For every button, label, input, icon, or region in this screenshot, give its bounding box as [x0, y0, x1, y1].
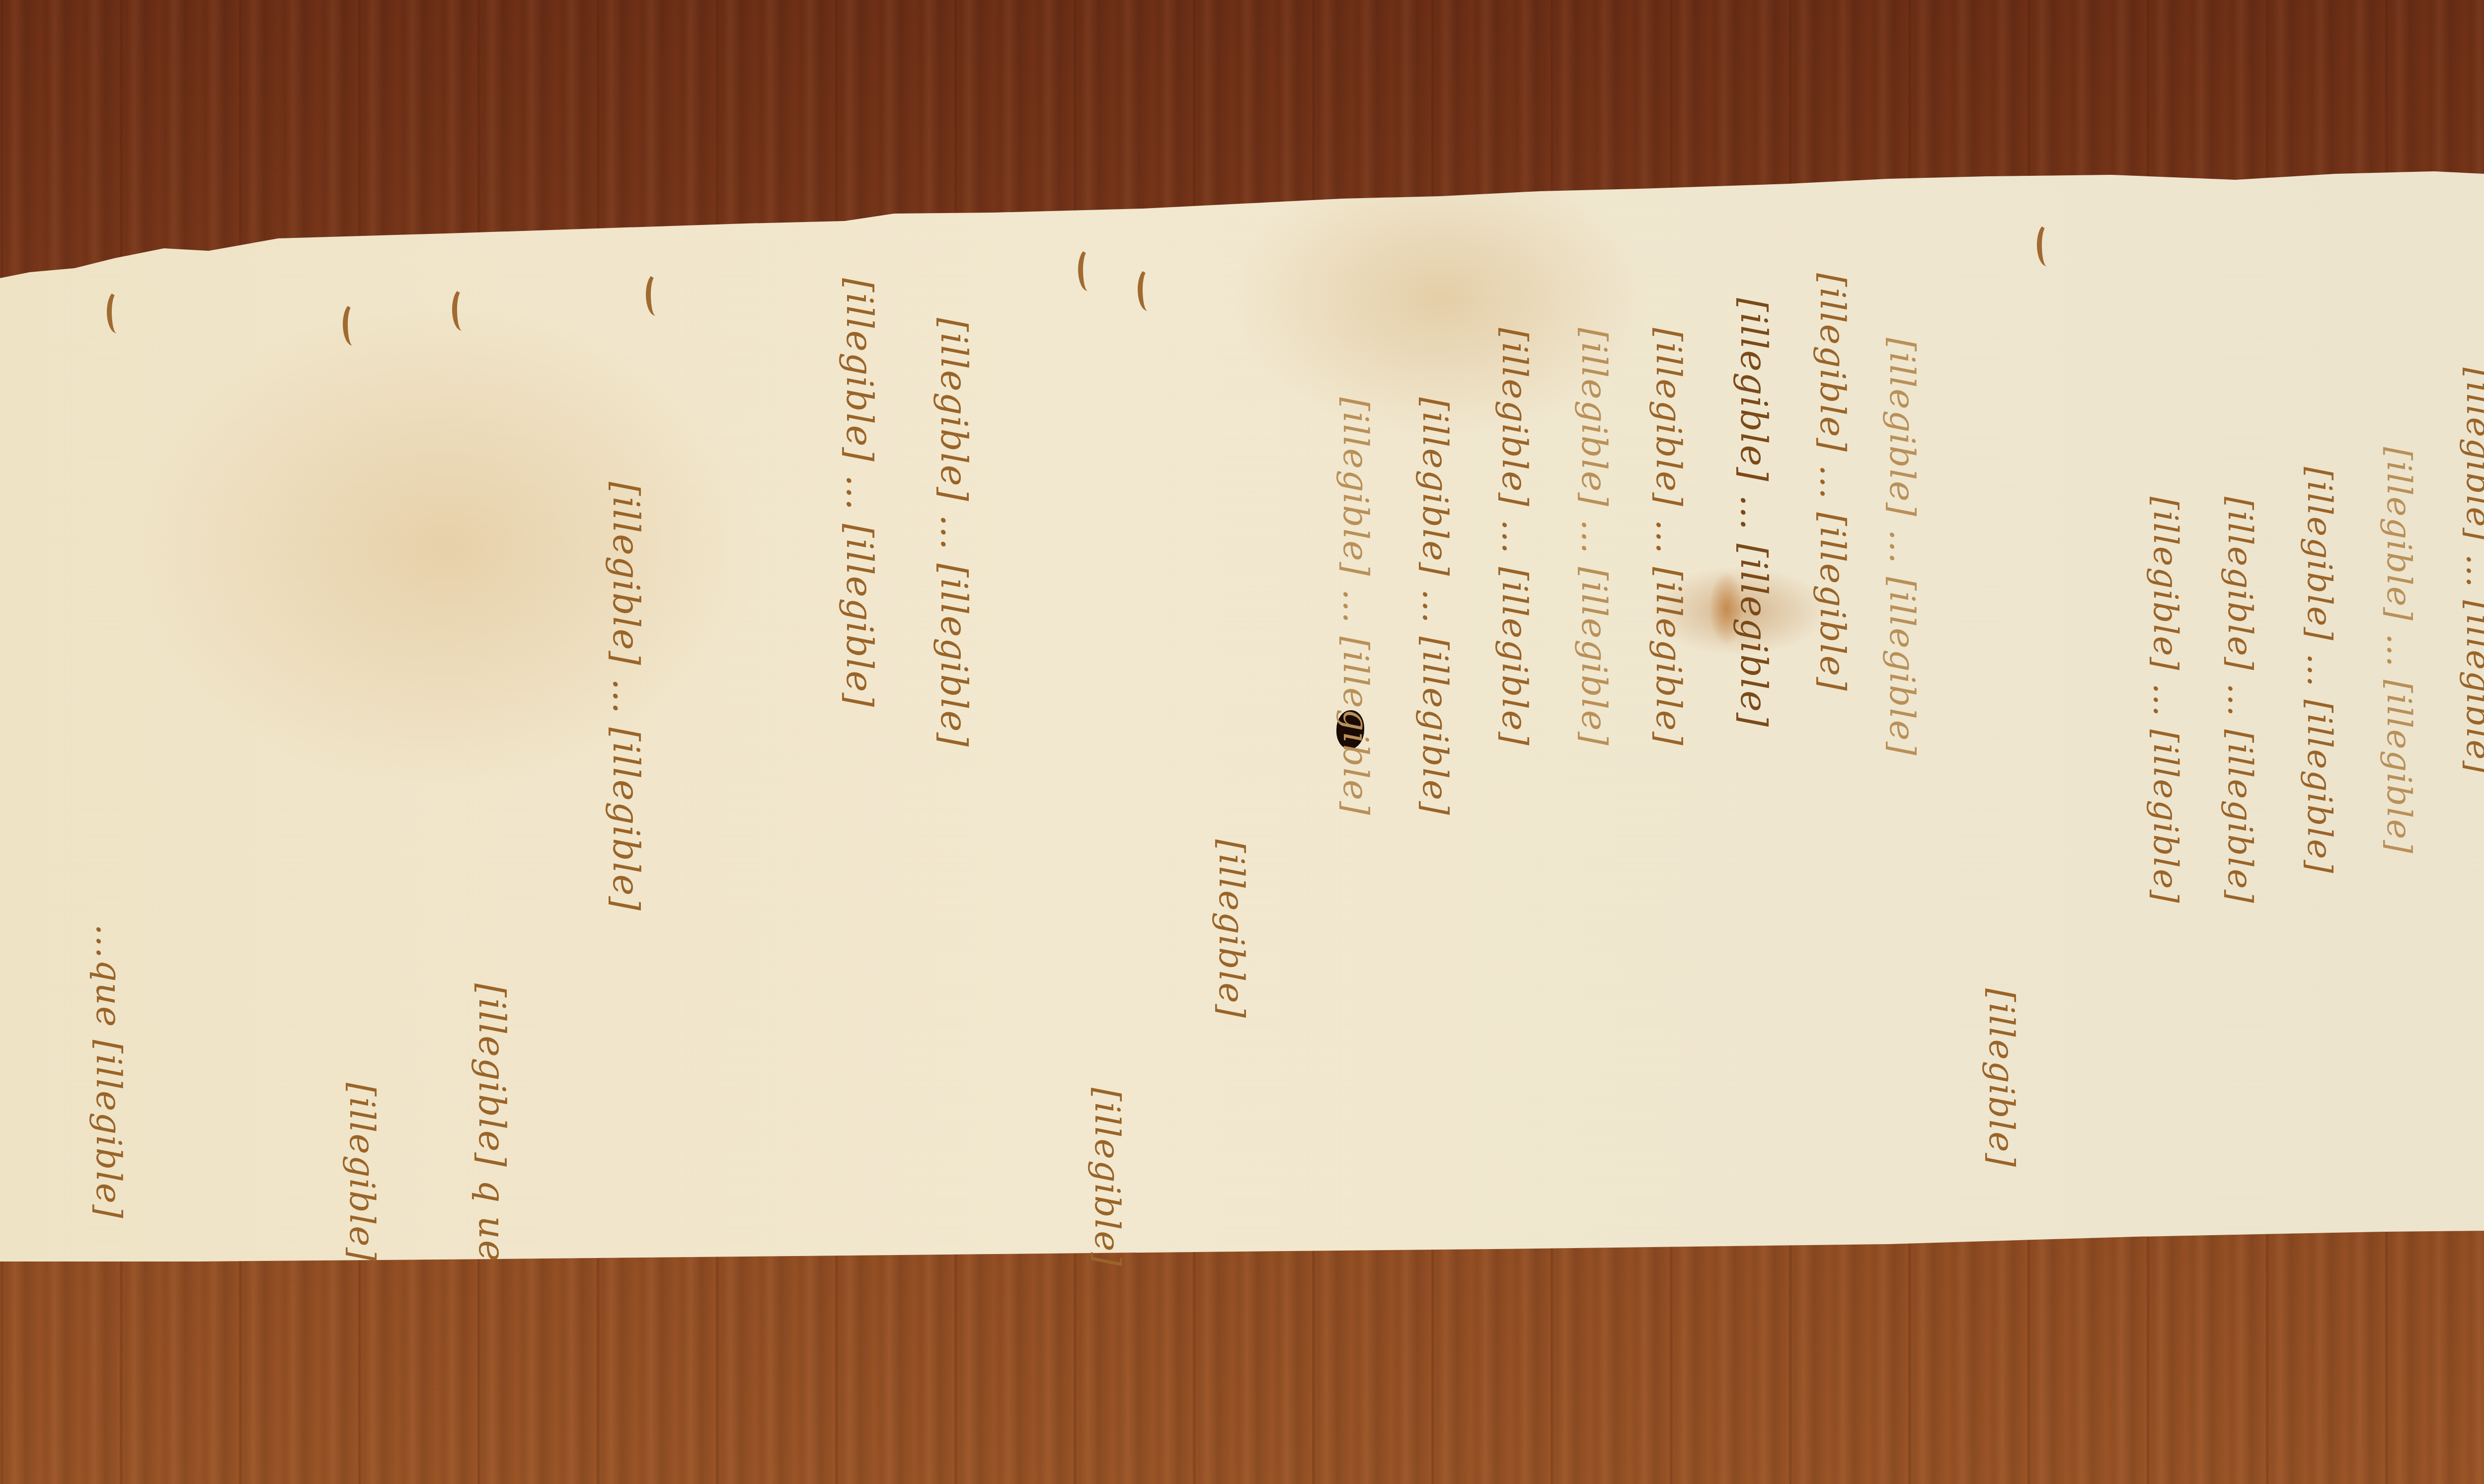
handwritten-line: [illegible] … [illegible] [1882, 338, 1923, 756]
handwritten-line: [illegible] … [illegible] [839, 278, 880, 708]
handwritten-line: [illegible] … [illegible] [2146, 497, 2185, 904]
handwritten-line: [illegible] [1981, 988, 2022, 1168]
margin-mark [343, 303, 363, 346]
handwritten-line: [illegible] … [illegible] [933, 318, 975, 747]
handwritten-line: [illegible] … [illegible] [2220, 497, 2259, 904]
handwritten-line: [illegible] … [illegible] [1733, 298, 1775, 728]
margin-mark [1138, 268, 1158, 311]
margin-mark [646, 273, 666, 316]
handwritten-line: [illegible] [342, 1083, 383, 1262]
handwritten-line: [illegible] … [illegible] [1648, 328, 1689, 746]
handwritten-line: [illegible] … [illegible] [2379, 447, 2418, 854]
margin-mark [1078, 248, 1098, 291]
handwritten-line: [illegible] … [illegible] [2459, 368, 2484, 775]
margin-mark [2037, 223, 2057, 266]
handwritten-line: [illegible] [1087, 1088, 1128, 1267]
handwritten-line: [illegible] … [illegible] [1494, 328, 1535, 746]
handwritten-line: [illegible] [1211, 839, 1252, 1019]
handwritten-line: [illegible] … [illegible] [1574, 328, 1615, 746]
margin-mark [452, 288, 472, 331]
handwritten-line: [illegible] … [illegible] [1812, 273, 1853, 692]
handwritten-line: [illegible] … [illegible] [1415, 397, 1456, 816]
handwritten-line: [illegible] … [illegible] [605, 482, 647, 911]
handwritten-line: [illegible] … [illegible] [2300, 467, 2339, 874]
handwritten-line: [illegible] … [illegible] [1335, 397, 1376, 816]
handwritten-line: …que [illegible] [88, 924, 129, 1219]
margin-mark [107, 291, 127, 333]
handwritten-line: [illegible] q ue [471, 983, 513, 1262]
